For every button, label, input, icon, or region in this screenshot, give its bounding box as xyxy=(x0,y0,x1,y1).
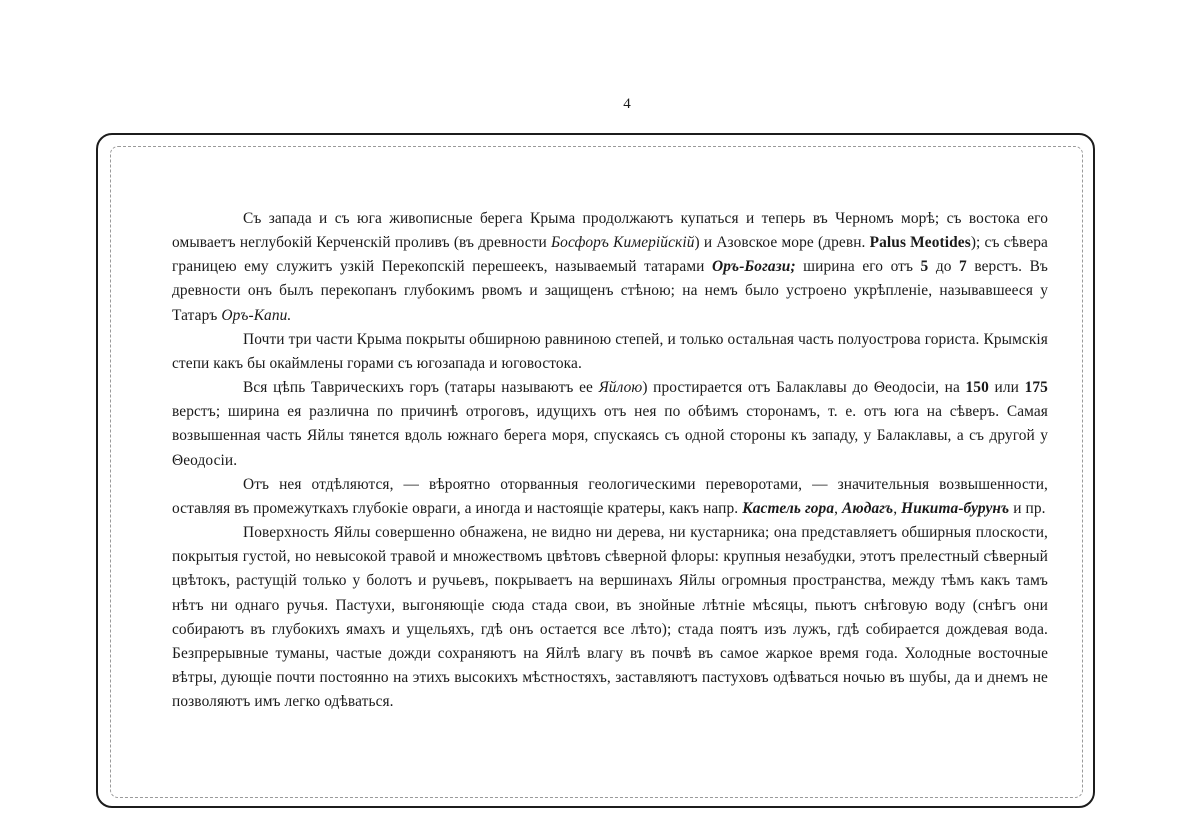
paragraph: Почти три части Крыма покрыты обширною р… xyxy=(172,328,1048,376)
page-number: 4 xyxy=(620,96,634,113)
body-text: Съ запада и съ юга живописные берега Кры… xyxy=(172,207,1048,714)
paragraph: Вся цѣпь Таврическихъ горъ (татары назыв… xyxy=(172,376,1048,473)
paragraph: Отъ нея отдѣляются, — вѣроятно оторванны… xyxy=(172,473,1048,521)
paragraph: Поверхность Яйлы совершенно обнажена, не… xyxy=(172,521,1048,714)
paragraph: Съ запада и съ юга живописные берега Кры… xyxy=(172,207,1048,328)
